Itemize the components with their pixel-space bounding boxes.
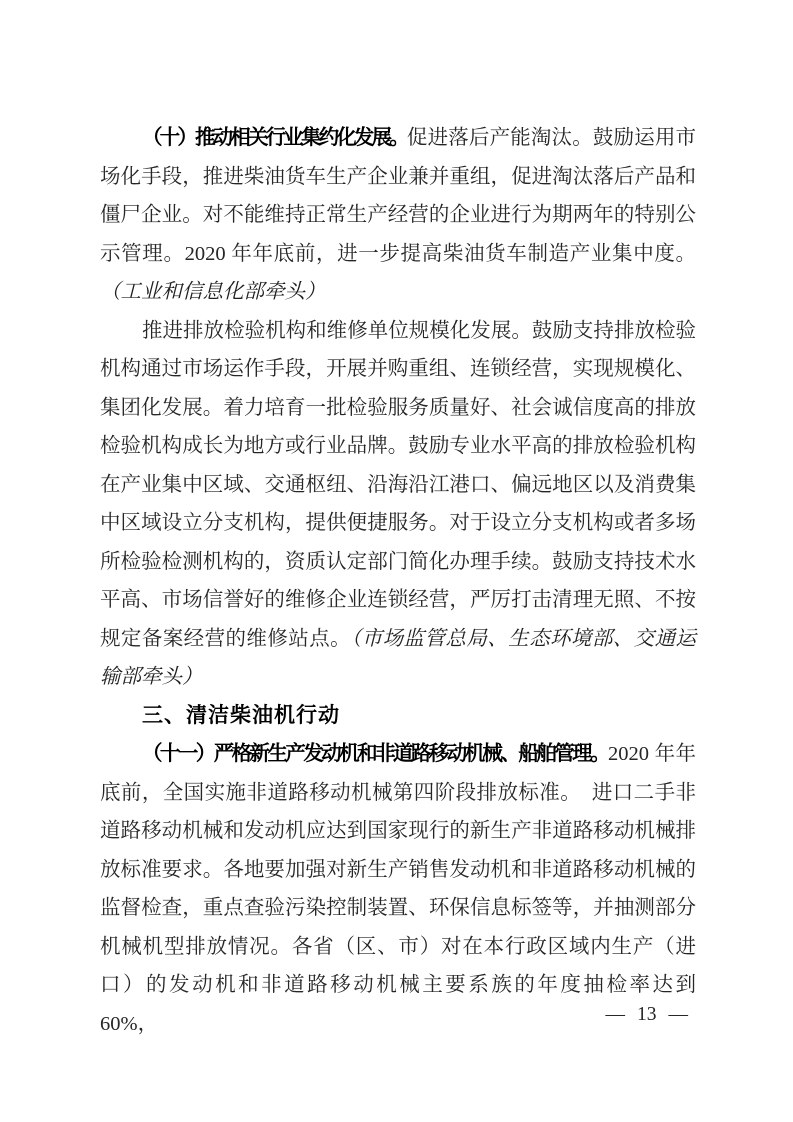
clause-11-bold-title: （十一）严格新生产发动机和非道路移动机械、船舶管理。 xyxy=(142,743,608,765)
paragraph-emission-inspection: 推进排放检验机构和维修单位规模化发展。鼓励支持排放检验机构通过市场运作手段，开展… xyxy=(100,312,696,697)
footer-dash-left: — xyxy=(606,1004,626,1025)
clause-10-bold-title: （十）推动相关行业集约化发展。 xyxy=(142,127,407,149)
section-3-heading: 三、清洁柴油机行动 xyxy=(100,697,696,736)
document-page: （十）推动相关行业集约化发展。促进落后产能淘汰。鼓励运用市场化手段，推进柴油货车… xyxy=(0,0,793,1122)
page-footer: —13— xyxy=(100,1002,688,1028)
paragraph-clause-10: （十）推动相关行业集约化发展。促进落后产能淘汰。鼓励运用市场化手段，推进柴油货车… xyxy=(100,119,696,312)
page-number: 13 xyxy=(637,1004,657,1025)
footer-dash-right: — xyxy=(669,1004,689,1025)
emission-inspection-body-text: 推进排放检验机构和维修单位规模化发展。鼓励支持排放检验机构通过市场运作手段，开展… xyxy=(100,320,696,650)
document-content: （十）推动相关行业集约化发展。促进落后产能淘汰。鼓励运用市场化手段，推进柴油货车… xyxy=(100,119,696,1043)
clause-11-body-text: 2020 年年底前，全国实施非道路移动机械第四阶段排放标准。 进口二手非道路移动… xyxy=(100,743,696,1035)
paragraph-clause-11: （十一）严格新生产发动机和非道路移动机械、船舶管理。2020 年年底前，全国实施… xyxy=(100,735,696,1043)
clause-10-department-attribution: （工业和信息化部牵头） xyxy=(100,281,326,303)
